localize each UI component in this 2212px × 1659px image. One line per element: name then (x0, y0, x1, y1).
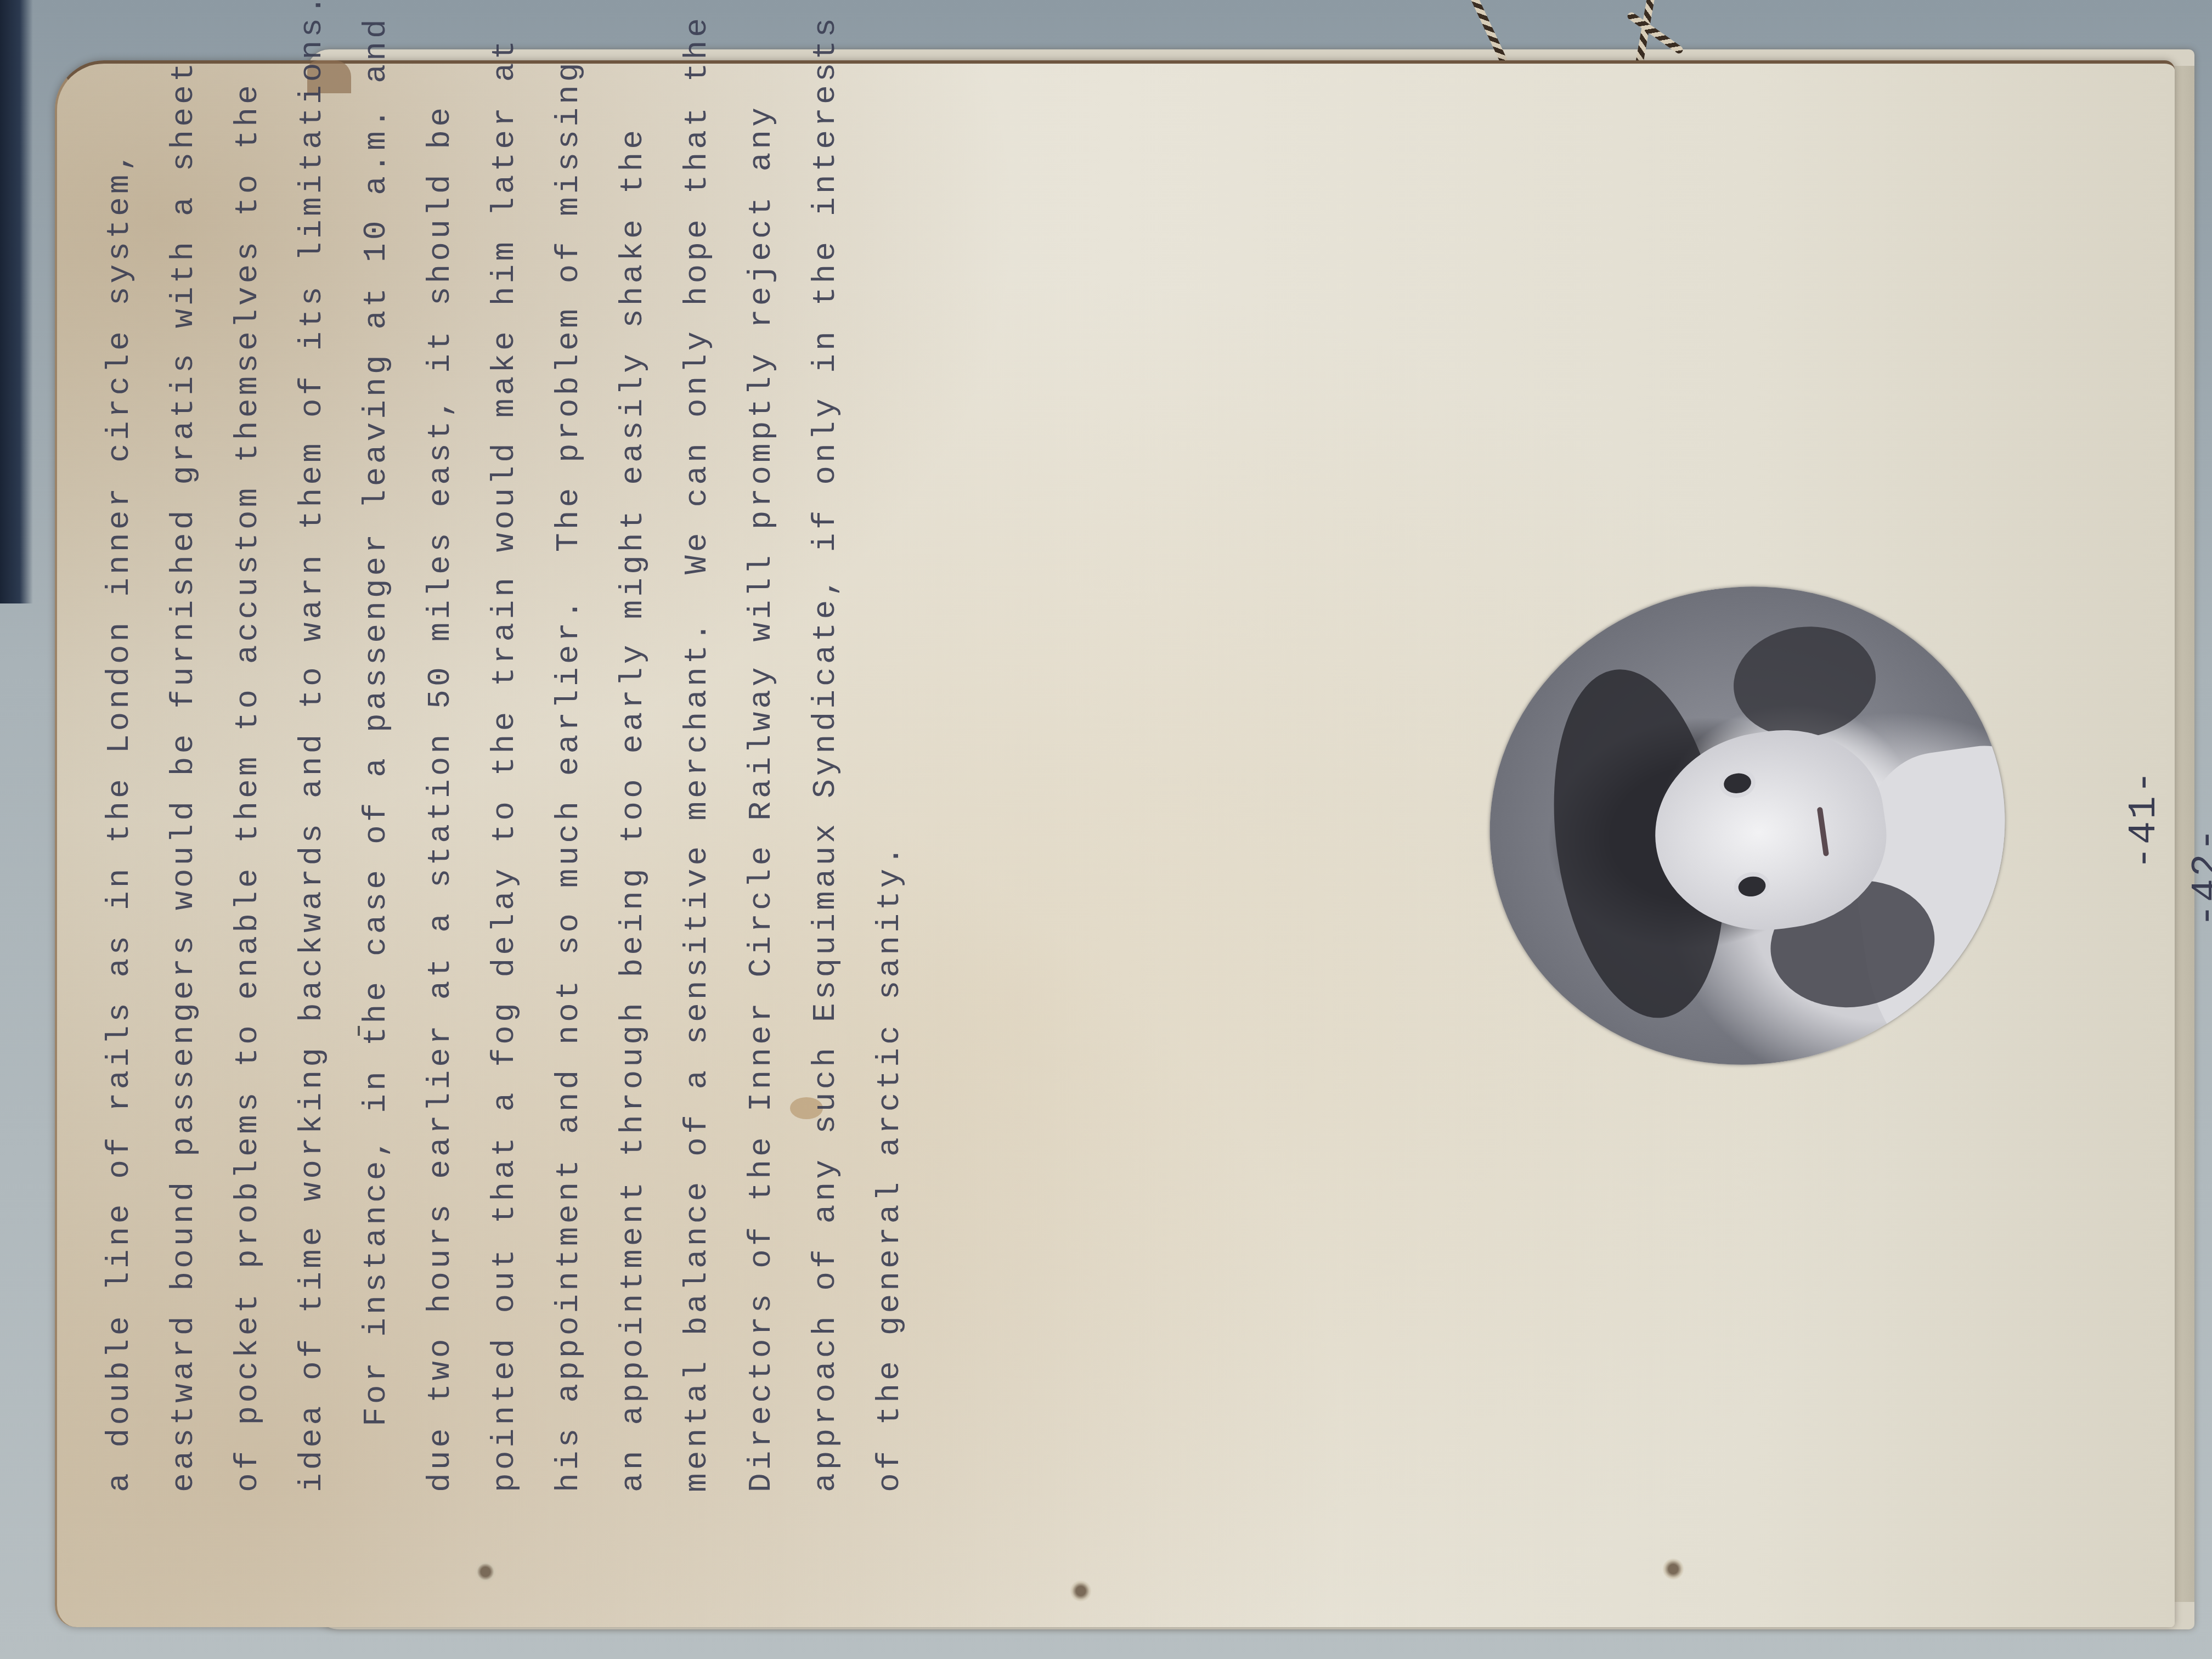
binding-string (1626, 11, 1684, 55)
page-number: -41- (2123, 769, 2166, 870)
next-page-number: -42- (2186, 826, 2212, 927)
text-line: a double line of rails as in the London … (88, 66, 152, 1492)
text-line: pointed out that a fog delay to the trai… (473, 66, 537, 1492)
background-fabric (0, 0, 33, 603)
punch-hole (1070, 1580, 1092, 1602)
text-line: his appointment and not so much earlier.… (537, 66, 601, 1492)
text-line: Directors of the Inner Circle Railway wi… (730, 66, 794, 1492)
text-line: of pocket problems to enable them to acc… (216, 66, 280, 1492)
portrait-hair (1726, 618, 1883, 746)
text-line: an appointment through being too early m… (601, 66, 665, 1492)
text-line: due two hours earlier at a station 50 mi… (409, 66, 473, 1492)
text-line: For instance, in the case of a passenger… (345, 66, 409, 1492)
text-line: mental balance of a sensitive merchant. … (665, 66, 730, 1492)
punch-hole (1662, 1558, 1684, 1580)
text-line: eastward bound passengers would be furni… (152, 66, 216, 1492)
text-line: approach of any such Esquimaux Syndicate… (794, 66, 858, 1492)
text-line: idea of time working backwards and to wa… (280, 66, 345, 1492)
punch-hole (475, 1561, 496, 1583)
typewritten-text-block: a double line of rails as in the London … (88, 66, 922, 1492)
text-line: of the general arctic sanity. (858, 66, 922, 1492)
